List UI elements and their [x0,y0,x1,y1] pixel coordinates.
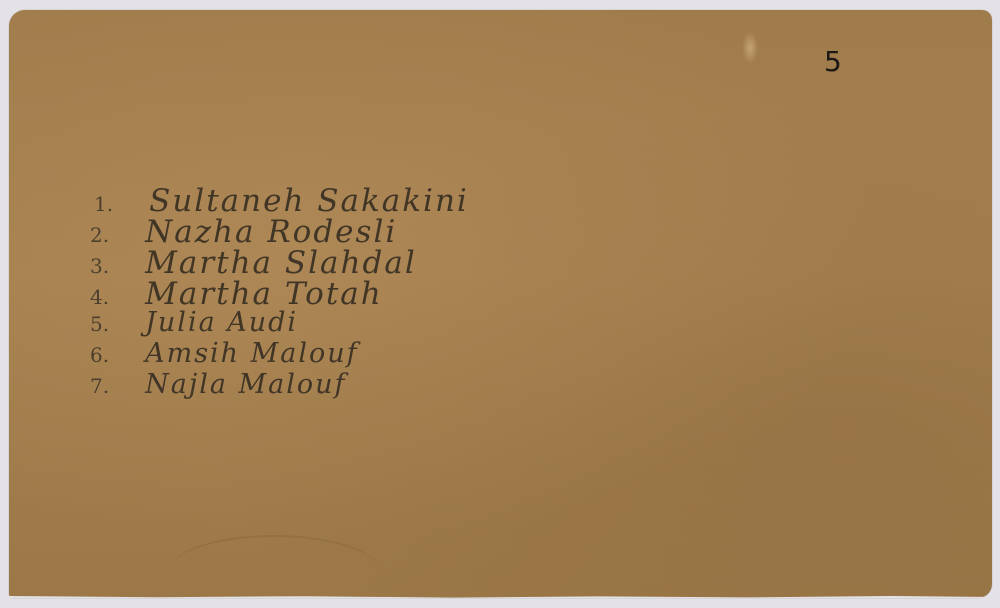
list-item: 2. Nazha Rodesli [90,214,469,245]
list-item: 1. Sultaneh Sakakini [94,183,469,214]
item-name: Julia Audi [145,307,298,338]
list-item: 3. Martha Slahdal [90,245,469,276]
item-number: 1. [94,192,144,216]
item-number: 7. [90,374,140,398]
water-stain [169,535,379,607]
list-item: 6. Amsih Malouf [90,338,469,369]
list-item: 7. Najla Malouf [90,369,469,400]
handwritten-paper-sheet: 5 1. Sultaneh Sakakini 2. Nazha Rodesli … [9,10,992,598]
item-name: Amsih Malouf [145,338,359,369]
item-number: 4. [90,285,140,309]
item-number: 3. [90,254,140,278]
names-list: 1. Sultaneh Sakakini 2. Nazha Rodesli 3.… [90,183,469,400]
list-item: 5. Julia Audi [90,307,469,338]
item-number: 2. [90,223,140,247]
item-number: 5. [90,312,140,336]
paper-tear-mark [742,32,758,64]
page-number: 5 [824,45,842,78]
list-item: 4. Martha Totah [90,276,469,307]
item-name: Najla Malouf [145,369,346,400]
item-number: 6. [90,343,140,367]
